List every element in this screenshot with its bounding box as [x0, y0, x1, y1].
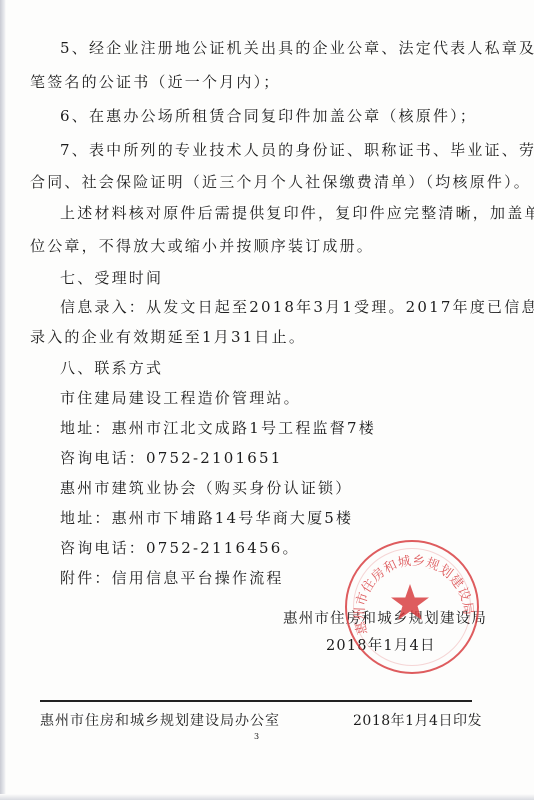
footer-issue-date: 2018年1月4日印发 — [353, 710, 482, 730]
page-number: 3 — [254, 732, 259, 741]
scan-edge — [0, 0, 6, 800]
text-line-contact1-org: 市住建局建设工程造价管理站。 — [60, 388, 301, 408]
footer-divider — [40, 700, 472, 702]
text-line-sec7: 七、受理时间 — [60, 268, 163, 288]
text-line-item7-l2: 合同、社会保险证明（近三个月个人社保缴费清单）（均核原件）。 — [30, 172, 531, 192]
text-line-note-l1: 上述材料核对原件后需提供复印件，复印件应完整清晰，加盖单 — [60, 203, 534, 223]
text-line-item5-l2: 笔签名的公证书（近一个月内）； — [30, 72, 281, 92]
text-line-item7-l1: 7、表中所列的专业技术人员的身份证、职称证书、毕业证、劳动 — [60, 140, 534, 160]
text-line-sec8: 八、联系方式 — [60, 358, 163, 378]
text-line-item5-l1: 5、经企业注册地公证机关出具的企业公章、法定代表人私章及亲 — [60, 38, 534, 58]
footer-issuer: 惠州市住房和城乡规划建设局办公室 — [40, 710, 280, 730]
text-line-time-l1: 信息录入：从发文日起至2018年3月1受理。2017年度已信息 — [60, 297, 534, 317]
text-line-contact1-phone: 咨询电话：0752-2101651 — [60, 448, 282, 468]
text-line-time-l2: 录入的企业有效期延至1月31日止。 — [30, 327, 306, 347]
text-line-note-l2: 位公章，不得放大或缩小并按顺序装订成册。 — [30, 236, 374, 256]
text-line-contact2-org: 惠州市建筑业协会（购买身份认证锁） — [60, 478, 352, 498]
text-line-contact2-phone: 咨询电话：0752-2116456。 — [60, 538, 300, 558]
text-line-item6: 6、在惠办公场所租赁合同复印件加盖公章（核原件）； — [60, 106, 477, 126]
text-line-attachment: 附件：信用信息平台操作流程 — [60, 568, 284, 588]
text-line-contact2-addr: 地址：惠州市下埔路14号华商大厦5楼 — [60, 508, 353, 528]
star-icon — [390, 582, 430, 622]
text-line-contact1-addr: 地址：惠州市江北文成路1号工程监督7楼 — [60, 418, 376, 438]
official-seal: 惠州市住房和城乡规划建设局 — [345, 540, 479, 674]
scan-bottom-edge — [0, 794, 534, 800]
